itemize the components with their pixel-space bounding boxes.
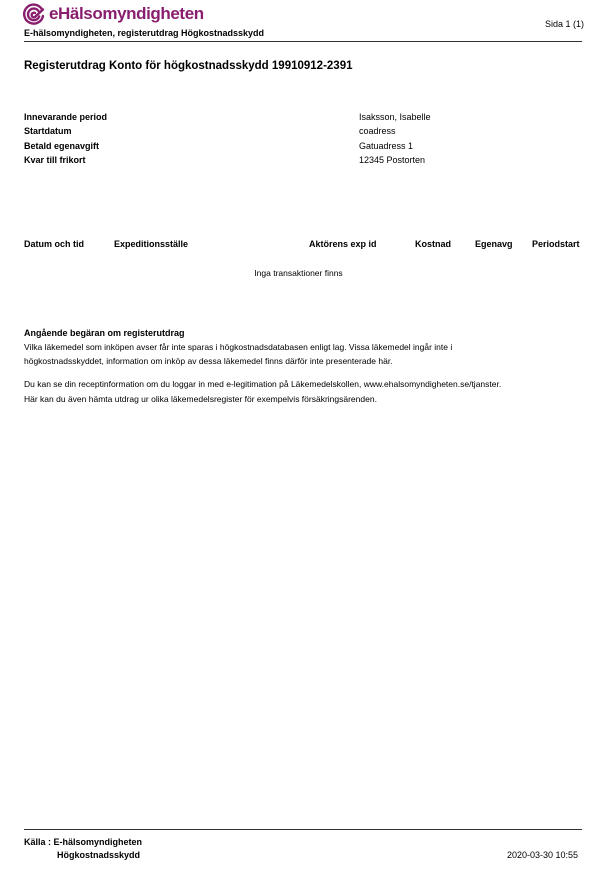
notes-heading: Angående begäran om registerutdrag: [24, 327, 501, 340]
recipient-address: Isaksson, Isabelle coadress Gatuadress 1…: [359, 110, 431, 167]
notes-paragraph-2-line-2: Här kan du även hämta utdrag ur olika lä…: [24, 392, 501, 406]
address-postal: 12345 Postorten: [359, 153, 431, 167]
footer-source: Källa : E-hälsomyndigheten Högkostnadssk…: [24, 836, 142, 862]
label-remaining-to-free-card: Kvar till frikort: [24, 153, 107, 167]
notes-paragraph-1-line-1: Vilka läkemedel som inköpen avser får in…: [24, 340, 501, 354]
column-header-cost: Kostnad: [415, 238, 451, 250]
header-subtitle: E-hälsomyndigheten, registerutdrag Högko…: [24, 27, 264, 39]
label-start-date: Startdatum: [24, 124, 107, 138]
document-title: Registerutdrag Konto för högkostnadsskyd…: [24, 59, 353, 73]
notes-paragraph-2-line-1: Du kan se din receptinformation om du lo…: [24, 377, 501, 391]
column-header-period-start: Periodstart: [532, 238, 580, 250]
footer-source-line-2: Högkostnadsskydd: [24, 849, 142, 862]
notes-paragraph-1-line-2: högkostnadsskyddet, information om inköp…: [24, 354, 501, 368]
address-co: coadress: [359, 124, 431, 138]
footer-timestamp: 2020-03-30 10:55: [507, 849, 578, 861]
account-info-labels: Innevarande period Startdatum Betald ege…: [24, 110, 107, 167]
column-header-date-time: Datum och tid: [24, 238, 84, 250]
label-current-period: Innevarande period: [24, 110, 107, 124]
logo: eHälsomyndigheten: [23, 3, 204, 25]
column-header-actor-exp-id: Aktörens exp id: [309, 238, 377, 250]
no-transactions-message: Inga transaktioner finns: [0, 267, 597, 279]
ehalsomyndigheten-logo-icon: [23, 3, 45, 25]
column-header-dispensing-location: Expeditionsställe: [114, 238, 188, 250]
address-name: Isaksson, Isabelle: [359, 110, 431, 124]
notes-section: Angående begäran om registerutdrag Vilka…: [24, 327, 501, 406]
footer-source-line-1: Källa : E-hälsomyndigheten: [24, 836, 142, 849]
header-divider: [24, 41, 582, 42]
label-paid-fee: Betald egenavgift: [24, 139, 107, 153]
column-header-own-fee: Egenavg: [475, 238, 513, 250]
footer-divider: [24, 829, 582, 830]
address-street: Gatuadress 1: [359, 139, 431, 153]
logo-text: eHälsomyndigheten: [49, 3, 204, 25]
page-number: Sida 1 (1): [545, 18, 584, 30]
